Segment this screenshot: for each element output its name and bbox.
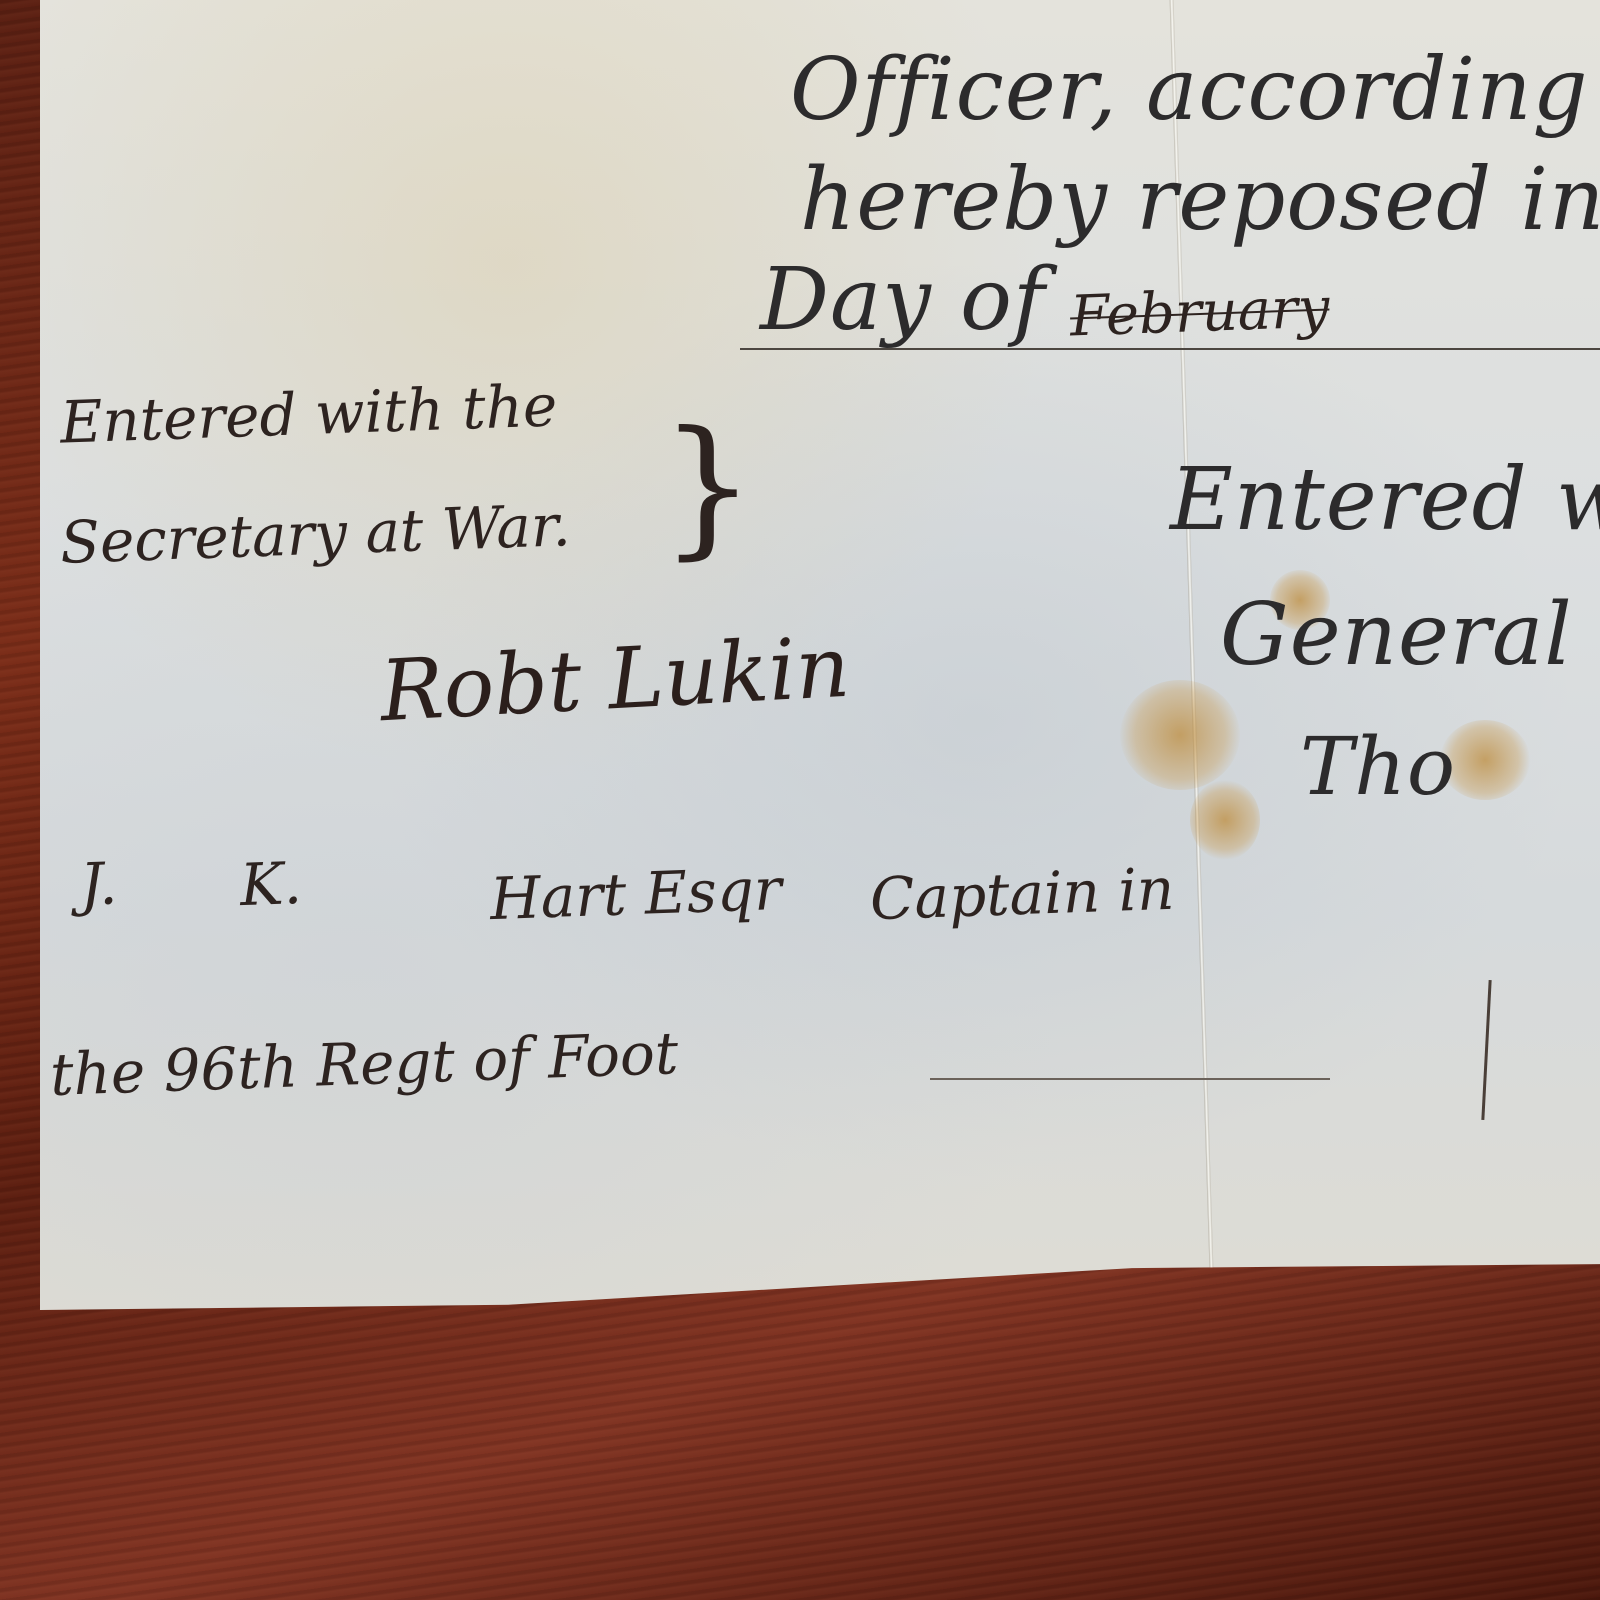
- engraved-line-day-of: Day of: [760, 250, 1046, 350]
- initial-j: J.: [79, 849, 119, 918]
- entered-with-heading: Entered w: [1170, 450, 1600, 550]
- document-paper: Officer, according hereby reposed in Day…: [40, 0, 1600, 1310]
- initial-k: K.: [239, 849, 303, 919]
- filled-month: February: [1069, 275, 1331, 349]
- pen-flourish: [1481, 980, 1491, 1120]
- brace-mark: }: [660, 400, 755, 574]
- regiment-text: the 96th Regt of Foot: [49, 1019, 679, 1109]
- general-text: General: [1220, 585, 1573, 685]
- name-hart: Hart Esqr: [489, 855, 783, 933]
- stain: [1120, 680, 1240, 790]
- partial-signature: Tho: [1300, 720, 1456, 813]
- engraved-line-officer: Officer, according: [790, 40, 1589, 140]
- lukin-signature: Robt Lukin: [378, 618, 852, 740]
- stain: [1190, 780, 1260, 860]
- fill-in-rule: [740, 348, 1600, 350]
- entered-with-the-text: Entered with the: [59, 371, 558, 456]
- engraved-line-reposed: hereby reposed in: [800, 150, 1600, 250]
- rank-captain: Captain in: [869, 855, 1175, 934]
- secretary-at-war-text: Secretary at War.: [59, 491, 572, 577]
- closing-rule: [930, 1078, 1330, 1080]
